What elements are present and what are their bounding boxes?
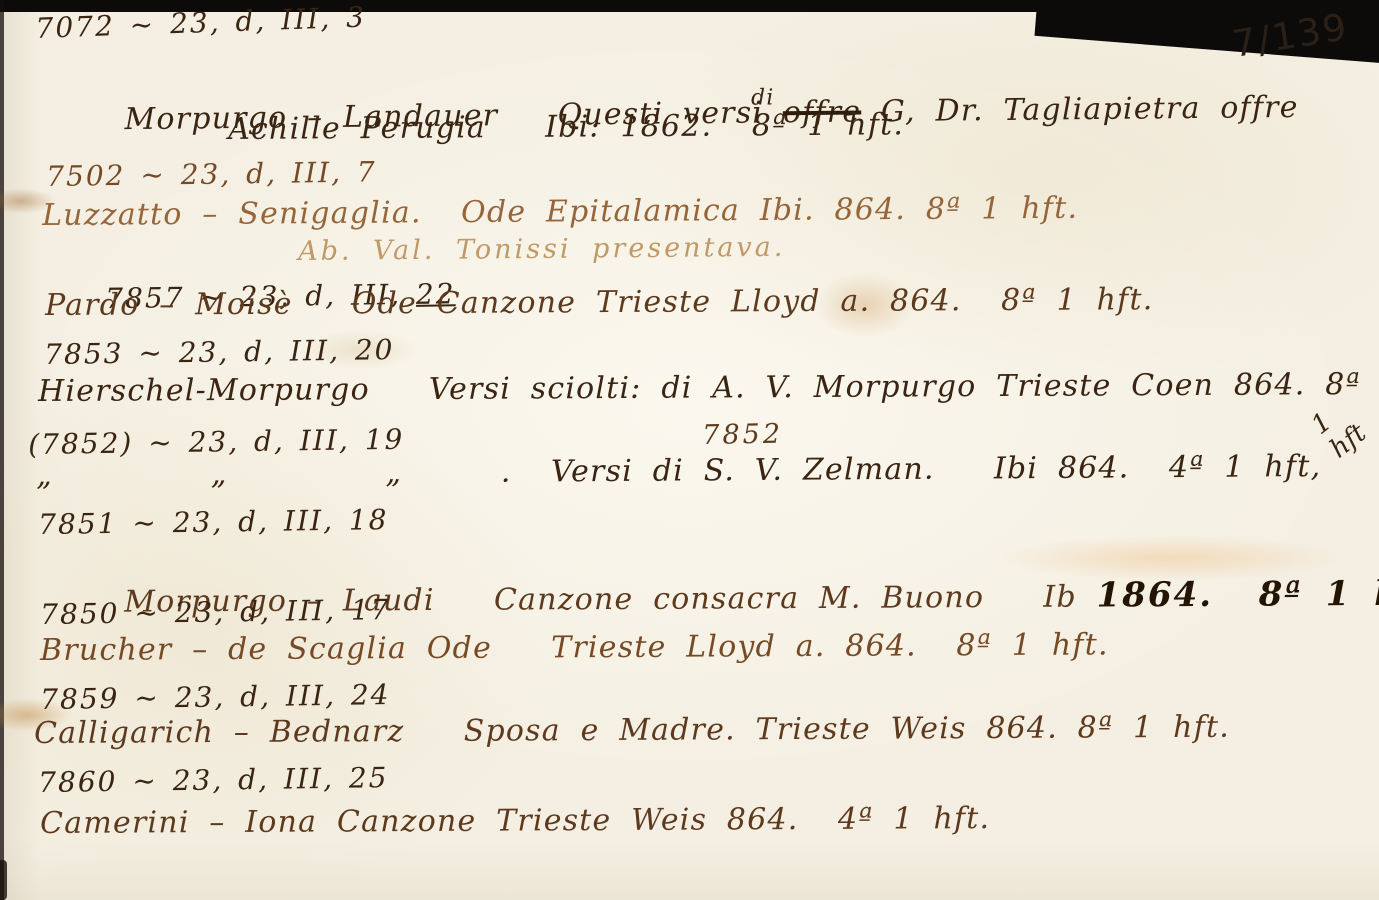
entry-7852-interline-number: 7852: [702, 419, 783, 451]
entry-7859-shelfmark: 7859 ~ 23, d, III, 24: [40, 678, 391, 716]
entry-7853-title: Hierschel-Morpurgo Versi sciolti: di A. …: [38, 367, 1361, 409]
entry-7502-title: Luzzatto – Senigaglia. Ode Epitalamica I…: [42, 191, 1078, 233]
entry-7851-shelfmark: 7851 ~ 23, d, III, 18: [38, 503, 389, 541]
entry-7860-title: Camerini – Iona Canzone Trieste Weis 864…: [40, 801, 990, 841]
entry-7860-shelfmark: 7860 ~ 23, d, III, 25: [38, 761, 389, 799]
entry-7072-title-post: G, Dr. Tagliapietra offre: [861, 90, 1299, 130]
entry-7853-shelfmark: 7853 ~ 23, d, III, 20: [44, 333, 395, 371]
entry-7857-title: Pardo – Moisè Ode Canzone Trieste Lloyd …: [45, 282, 1153, 323]
scan-edge-left: [0, 0, 4, 900]
entry-7850-title: Brucher – de Scaglia Ode Trieste Lloyd a…: [40, 627, 1109, 668]
entry-7502-shelfmark: 7502 ~ 23, d, III, 7: [46, 155, 377, 193]
scan-edge-bottom-left: [0, 860, 7, 900]
manuscript-page: 7/139 7072 ~ 23, d, III, 3 Morpurgo – La…: [0, 0, 1379, 900]
entry-7859-title: Calligarich – Bednarz Sposa e Madre. Tri…: [34, 710, 1230, 751]
entry-7851-title-bold-date: 1864. 8ª 1 hft.: [1096, 574, 1379, 616]
entry-7850-shelfmark: 7850 ~ 23, d, III, 17: [40, 593, 391, 631]
entry-7072-continuation: Achille Perugia Ibi: 1862. 8ª 1 hft.: [228, 107, 904, 147]
